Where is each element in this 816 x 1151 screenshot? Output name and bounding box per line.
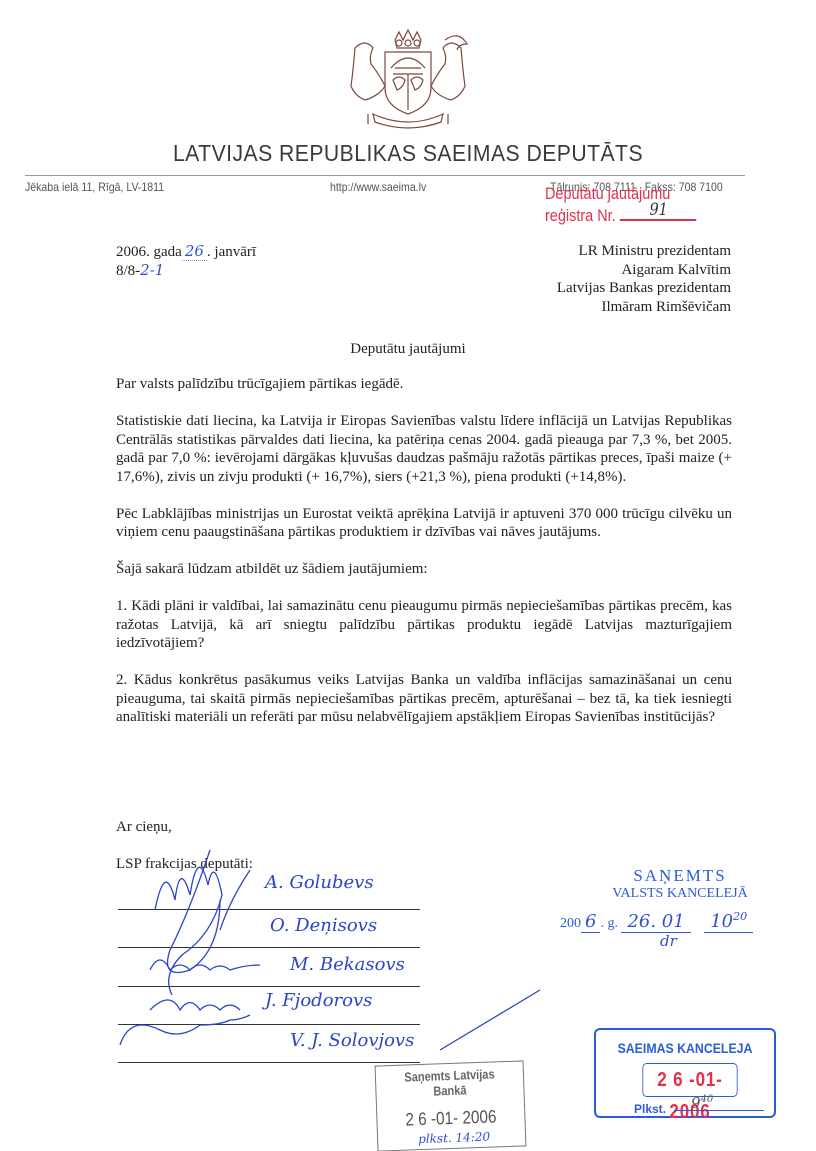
stamp-title: SAŅEMTS <box>560 866 800 886</box>
body-subject: Par valsts palīdzību trūcīgajiem pārtika… <box>116 375 732 394</box>
reference-handwritten: 2-1 <box>140 261 164 279</box>
signature-name: V. J. Solovjovs <box>290 1030 414 1051</box>
date-prefix: 2006. gada <box>116 244 182 260</box>
question-1: 1. Kādi plāni ir valdībai, lai samazināt… <box>116 597 732 653</box>
body-paragraph: Šajā sakarā lūdzam atbildēt uz šādiem ja… <box>116 560 732 579</box>
registry-number: 91 <box>649 199 667 221</box>
bank-stamp-time: plkst. 14:20 <box>418 1128 525 1146</box>
signature-name: J. Fjodorovs <box>265 990 372 1011</box>
body-paragraph: Statistiskie dati liecina, ka Latvija ir… <box>116 412 732 486</box>
letter-body: Par valsts palīdzību trūcīgajiem pārtika… <box>116 375 732 745</box>
letterhead-divider <box>25 175 745 176</box>
signature-name: O. Deņisovs <box>270 915 377 936</box>
stamp-subtitle: VALSTS KANCELEJĀ <box>560 886 800 902</box>
saeima-chancellery-stamp: SAEIMAS KANCELEJA 2 6 -01- 2006 Plkst. 9… <box>594 1028 776 1118</box>
recipient-line: Aigaram Kalvītim <box>557 261 731 280</box>
recipient-line: Latvijas Bankas prezidentam <box>557 279 731 298</box>
registry-stamp-label: reģistra Nr. <box>545 206 616 225</box>
registry-stamp: Deputātu jautājumu reģistra Nr. 91 <box>545 183 696 227</box>
bank-received-stamp: Saņemts Latvijas Bankā 2 6 -01- 2006 plk… <box>375 1060 527 1151</box>
recipients-block: LR Ministru prezidentam Aigaram Kalvītim… <box>557 242 731 316</box>
saeima-stamp-time: 940 <box>691 1094 713 1112</box>
stamp-year-prefix: 200 <box>560 916 581 931</box>
letterhead-address: Jēkaba ielā 11, Rīgā, LV-1811 <box>25 180 164 194</box>
stamp-g-label: . g. <box>600 916 618 931</box>
date-day-handwritten: 26 <box>182 242 207 261</box>
bank-stamp-date: 2 6 -01- 2006 <box>388 1106 514 1131</box>
saeima-stamp-time-label: Plkst. <box>634 1102 666 1116</box>
stamp-year-handwritten: 6 <box>581 911 600 933</box>
recipient-line: LR Ministru prezidentam <box>557 242 731 261</box>
stamp-date-handwritten: 26. 01 <box>621 911 690 933</box>
dateline: 2006. gada26. janvārī 8/8-2-1 <box>116 242 256 280</box>
reference-prefix: 8/8- <box>116 263 140 279</box>
question-2: 2. Kādus konkrētus pasākumus veiks Latvi… <box>116 671 732 727</box>
letterhead-title: LATVIJAS REPUBLIKAS SAEIMAS DEPUTĀTS <box>33 140 784 167</box>
chancellery-received-stamp: SAŅEMTS VALSTS KANCELEJĀ 2006. g. 26. 01… <box>560 866 800 950</box>
signature-name: M. Bekasovs <box>290 954 405 975</box>
stamp-time-handwritten: 1020 <box>704 911 753 933</box>
signature-name: A. Golubevs <box>265 872 374 893</box>
stamp-initials: dr <box>660 932 800 950</box>
saeima-stamp-title: SAEIMAS KANCELEJA <box>607 1040 764 1056</box>
bank-stamp-title: Saņemts Latvijas Bankā <box>387 1066 513 1100</box>
recipient-line: Ilmāram Rimšēvičam <box>557 298 731 317</box>
saeima-stamp-date: 2 6 -01- 2006 <box>642 1063 737 1097</box>
registry-stamp-title: Deputātu jautājumu <box>545 183 696 205</box>
date-suffix: . janvārī <box>207 244 256 260</box>
letterhead-website[interactable]: http://www.saeima.lv <box>330 180 426 194</box>
document-heading: Deputātu jautājumi <box>0 341 816 358</box>
body-paragraph: Pēc Labklājības ministrijas un Eurostat … <box>116 505 732 542</box>
coat-of-arms-icon <box>333 18 483 130</box>
